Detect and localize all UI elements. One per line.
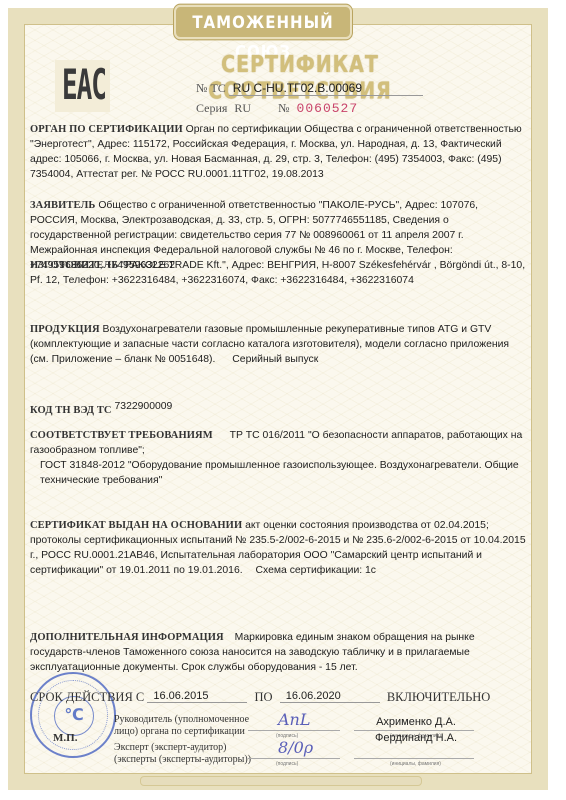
expert-signature-row: Эксперт (эксперт-аудитор) (эксперты (экс… xyxy=(96,742,536,776)
validity-to-label: ПО xyxy=(255,690,273,704)
section-product: ПРОДУКЦИЯ Воздухонагреватели газовые про… xyxy=(30,322,526,367)
basis-scheme: Схема сертификации: 1с xyxy=(256,565,376,576)
expert-signature-line xyxy=(248,758,340,759)
manufacturer-label: ИЗГОТОВИТЕЛЬ xyxy=(30,260,118,271)
series-row: Серия RU № 0060527 xyxy=(196,101,358,116)
additional-info-label: ДОПОЛНИТЕЛЬНАЯ ИНФОРМАЦИЯ xyxy=(30,632,224,643)
serial-label: № xyxy=(278,101,289,115)
section-requirements: СООТВЕТСТВУЕТ ТРЕБОВАНИЯМ ТР ТС 016/2011… xyxy=(30,428,526,488)
validity-from-label: СРОК ДЕЙСТВИЯ С xyxy=(30,690,144,704)
applicant-label: ЗАЯВИТЕЛЬ xyxy=(30,200,95,211)
validity-from-date: 16.06.2015 xyxy=(147,690,247,703)
customs-union-banner: ТАМОЖЕННЫЙ СОЮЗ xyxy=(174,5,352,40)
hs-code-value: 7322900009 xyxy=(115,401,173,412)
hs-code-label: КОД ТН ВЭД ТС xyxy=(30,405,112,416)
head-role: Руководитель (уполномоченное лицо) орган… xyxy=(96,714,264,738)
head-signature-mark: AnL xyxy=(278,710,310,729)
head-signature-line xyxy=(248,730,340,731)
expert-signature-mark: 8/0ρ xyxy=(278,738,313,757)
stamp-place-label: М.П. xyxy=(53,732,77,744)
expert-name: Фердинанд Н.А. xyxy=(366,732,466,744)
serial-number: 0060527 xyxy=(297,101,359,116)
basis-label: СЕРТИФИКАТ ВЫДАН НА ОСНОВАНИИ xyxy=(30,520,242,531)
section-certification-body: ОРГАН ПО СЕРТИФИКАЦИИ Орган по сертифика… xyxy=(30,122,526,182)
head-name: Ахрименко Д.А. xyxy=(366,716,466,728)
expert-role: Эксперт (эксперт-аудитор) (эксперты (экс… xyxy=(96,742,264,766)
tc-number-label: № ТС xyxy=(196,81,226,95)
validity-inclusive-label: ВКЛЮЧИТЕЛЬНО xyxy=(387,690,491,704)
validity-row: СРОК ДЕЙСТВИЯ С 16.06.2015 ПО 16.06.2020… xyxy=(30,690,530,705)
expert-signature-hint: (подпись) xyxy=(276,761,298,767)
section-basis: СЕРТИФИКАТ ВЫДАН НА ОСНОВАНИИ акт оценки… xyxy=(30,518,526,578)
validity-to-date: 16.06.2020 xyxy=(280,690,380,703)
certification-body-label: ОРГАН ПО СЕРТИФИКАЦИИ xyxy=(30,124,183,135)
requirements-label: СООТВЕТСТВУЕТ ТРЕБОВАНИЯМ xyxy=(30,430,213,441)
head-name-line xyxy=(354,730,474,731)
eac-logo-icon: EAC xyxy=(62,62,106,110)
tc-number-value: RU C-HU.ТГ02.В.00069 xyxy=(229,81,423,96)
expert-name-line xyxy=(354,758,474,759)
section-manufacturer: ИЗГОТОВИТЕЛЬ "PAKOLE TRADE Kft.", Адрес:… xyxy=(30,258,526,288)
series-label: Серия xyxy=(196,101,227,115)
certificate-title: СЕРТИФИКАТ СООТВЕТСТВИЯ xyxy=(145,52,455,105)
product-label: ПРОДУКЦИЯ xyxy=(30,324,100,335)
requirements-text-2: ГОСТ 31848-2012 "Оборудование промышленн… xyxy=(30,458,526,488)
expert-name-hint: (инициалы, фамилия) xyxy=(390,761,441,767)
series-value: RU xyxy=(234,101,251,115)
tc-number-row: № ТС RU C-HU.ТГ02.В.00069 xyxy=(196,81,423,96)
section-hs-code: КОД ТН ВЭД ТС 7322900009 xyxy=(30,403,526,418)
printer-imprint-strip xyxy=(140,776,422,786)
section-additional-info: ДОПОЛНИТЕЛЬНАЯ ИНФОРМАЦИЯ Маркировка еди… xyxy=(30,630,526,675)
product-release: Серийный выпуск xyxy=(232,354,318,365)
